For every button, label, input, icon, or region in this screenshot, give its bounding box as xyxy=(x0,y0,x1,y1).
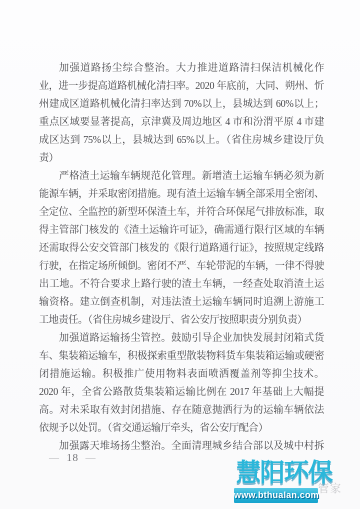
text-line: 高。对未采取有效封闭措施、存在随意抛洒行为的运输车辆依法 xyxy=(39,402,324,420)
text-line: 加强道路扬尘综合整治。大力推进道路清扫保洁机械化作 xyxy=(39,60,324,78)
document-page: 加强道路扬尘综合整治。大力推进道路清扫保洁机械化作业，进一步提高道路机械化清扫率… xyxy=(0,0,360,509)
body-text: 加强道路扬尘综合整治。大力推进道路清扫保洁机械化作业，进一步提高道路机械化清扫率… xyxy=(39,60,324,456)
page-number-dash-left: — xyxy=(49,453,60,464)
text-line: 成区达到 75%以上，县城达到 65%以上。（省住房城乡建设厅负 xyxy=(39,132,324,150)
watermark-url-banner: www.bthualan.com xyxy=(234,488,318,503)
watermark-brand-text: 慧阳环保 xyxy=(236,460,332,487)
page-number-dash-right: — xyxy=(86,453,97,464)
text-line: 闭措施运输。积极推广使用物料表面喷洒覆盖剂等抑尘技术。 xyxy=(39,366,324,384)
text-line: 2020 年，全省公路散货集装箱运输比例在 2017 年基础上大幅提 xyxy=(39,384,324,402)
text-line: 能源车辆，并采取密闭措施。现有渣土运输车辆全部采用全密闭、 xyxy=(39,186,324,204)
text-line: 得主管部门核发的《渣土运输许可证》，确需通行限行区域的车辆 xyxy=(39,222,324,240)
text-line: 输资格。建立倒查机制，对违法渣土运输车辆同时追溯上游施工 xyxy=(39,294,324,312)
page-number-value: 18 xyxy=(67,452,79,464)
text-line: 行驶，在指定场所倾倒。密闭不严、车轮带泥的车辆，一律不得驶 xyxy=(39,258,324,276)
text-line: 还需取得公安交管部门核发的《限行道路通行证》，按照规定线路 xyxy=(39,240,324,258)
text-line: 州建成区道路机械化清扫率达到 70%以上，县城达到 60%以上； xyxy=(39,96,324,114)
text-line: 依规予以处罚。（省交通运输厅牵头，省公安厅配合） xyxy=(39,420,324,438)
text-line: 严格渣土运输车辆规范化管理。新增渣土运输车辆必须为新 xyxy=(39,168,324,186)
text-line: 加强道路运输扬尘管控。鼓励引导企业加快发展封闭箱式货 xyxy=(39,330,324,348)
text-line: 责） xyxy=(39,150,324,168)
text-line: 业，进一步提高道路机械化清扫率。2020 年底前，大同、朔州、忻 xyxy=(39,78,324,96)
text-line: 车、集装箱运输车，积极探索重型散装物料货车集装箱运输或硬密 xyxy=(39,348,324,366)
text-line: 工地责任。（省住房城乡建设厅、省公安厅按照职责分别负责） xyxy=(39,312,324,330)
text-line: 重点区域要显著提高，京津冀及周边地区 4 市和汾渭平原 4 市建 xyxy=(39,114,324,132)
page-number: —18— xyxy=(42,450,103,467)
text-line: 出工地。不符合要求上路行驶的渣土车辆，一经查处取消渣土运 xyxy=(39,276,324,294)
text-line: 全定位、全监控的新型环保渣土车，并符合环保尾气排放标准，取 xyxy=(39,204,324,222)
